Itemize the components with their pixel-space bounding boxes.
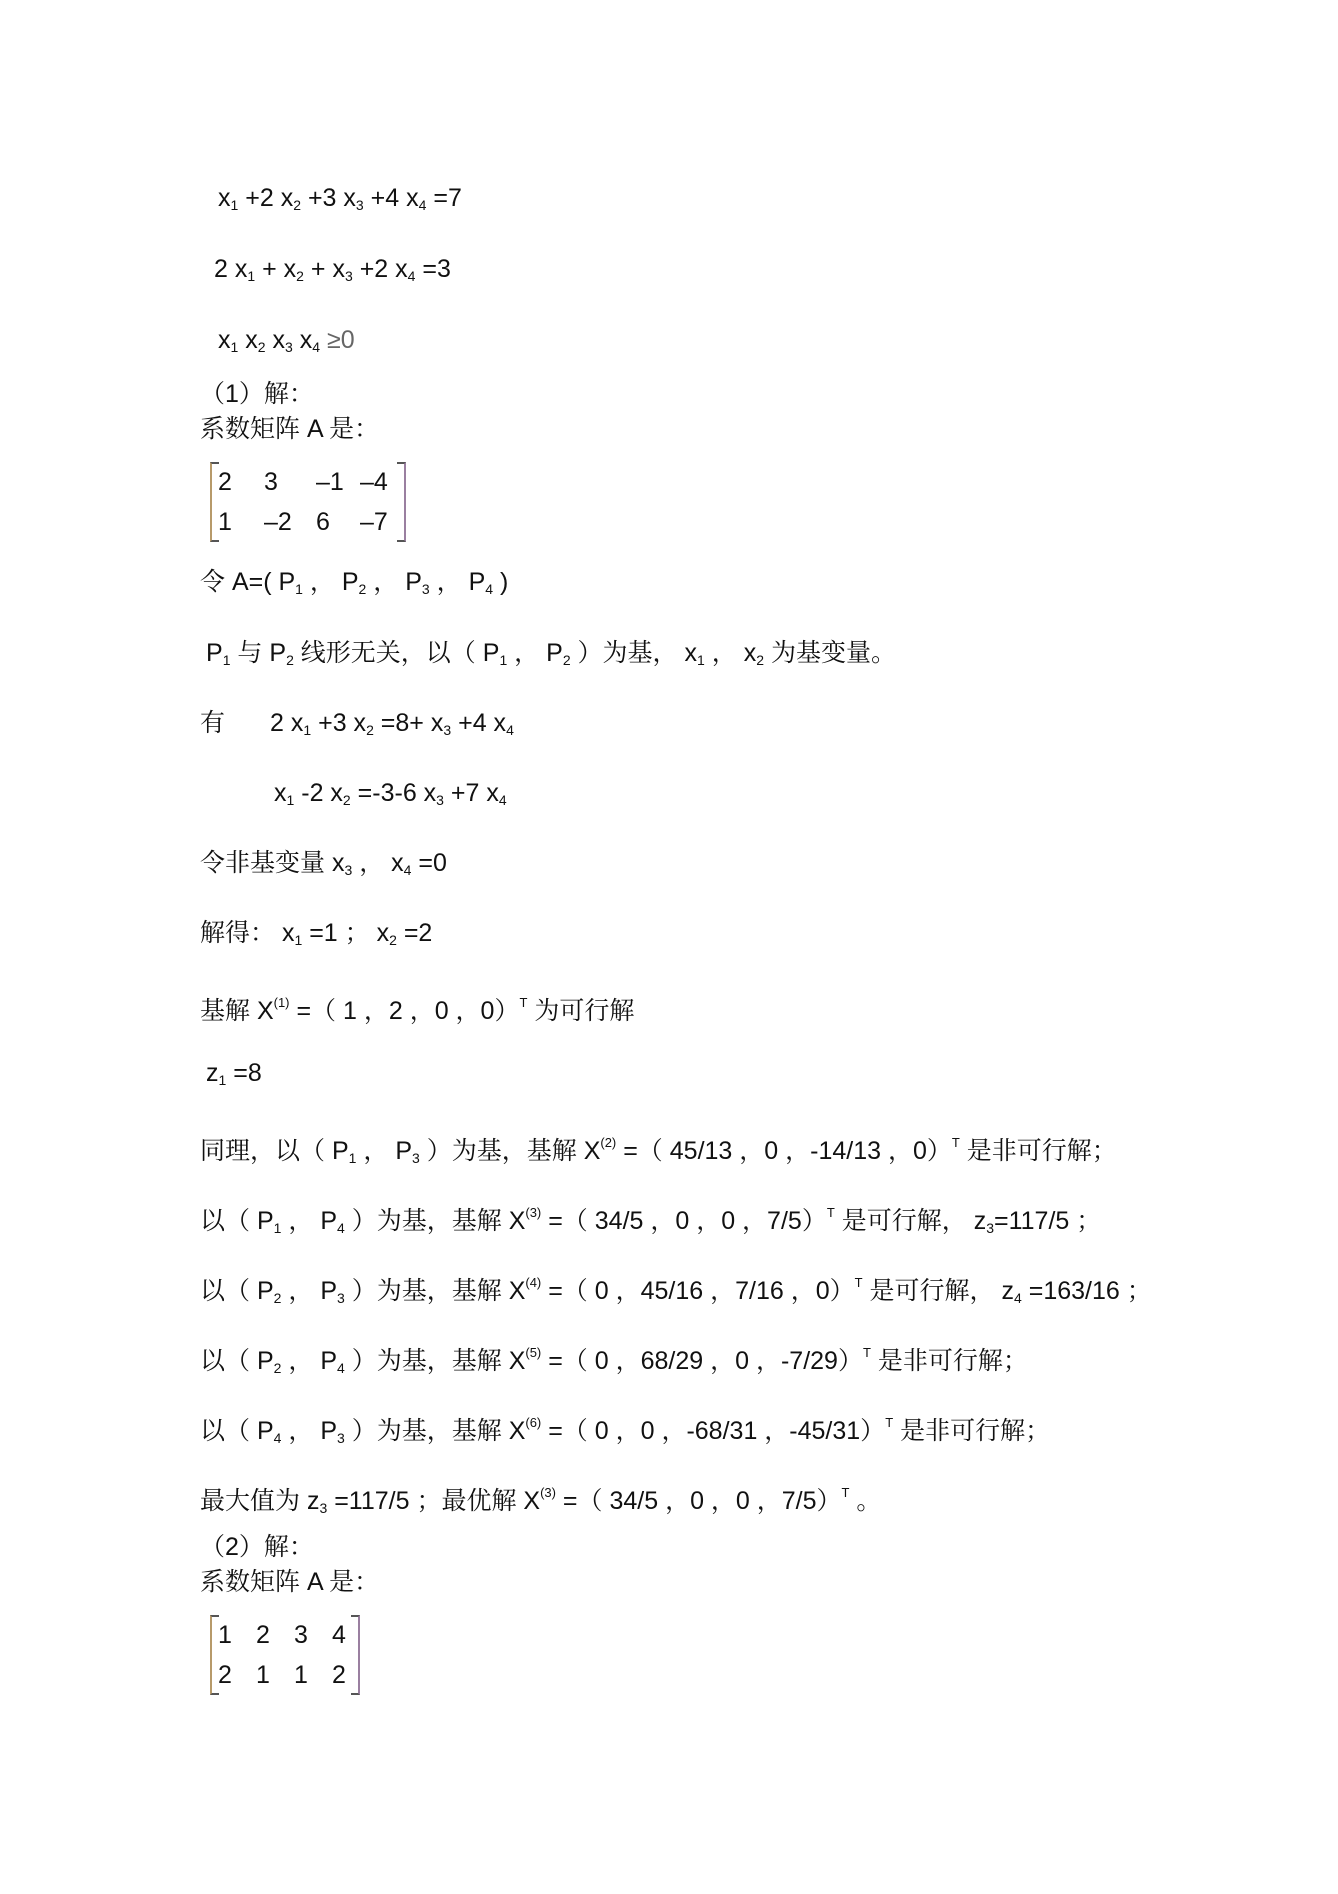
part2-heading: （2）解：: [200, 1532, 314, 1562]
part1-matrix-label: 系数矩阵 A 是：: [200, 414, 379, 444]
have-label: 有: [200, 708, 225, 738]
basic-solution-row: 以（ P2 ， P3 ）为基，基解 X(4) =（ 0 ，45/16 ，7/16…: [200, 1268, 1152, 1313]
matrix-row: 2 3 –1 –4: [218, 462, 388, 502]
nonnegativity-constraint: x1 x2 x3 x4 ≥0: [218, 325, 355, 362]
part2-matrix-label: 系数矩阵 A 是：: [200, 1567, 379, 1597]
constraint-1: x1 +2 x2 +3 x3 +4 x4 =7: [218, 183, 462, 220]
z1-value: z1 =8: [206, 1058, 262, 1095]
right-bracket: [351, 1615, 360, 1695]
constraint-2: 2 x1 + x2 + x3 +2 x4 =3: [214, 254, 451, 291]
optimal-conclusion: 最大值为 z3 =117/5 ；最优解 X(3) =（ 34/5 ，0 ，0 ，…: [200, 1478, 881, 1523]
equation-2: x1 -2 x2 =-3-6 x3 +7 x4: [274, 778, 507, 815]
part1-heading: （1）解：: [200, 379, 314, 409]
equation-1: 2 x1 +3 x2 =8+ x3 +4 x4: [270, 708, 514, 745]
right-bracket: [397, 462, 406, 542]
matrix-row: 2 1 1 2: [218, 1655, 346, 1695]
basic-solution-row: 以（ P2 ， P4 ）为基，基解 X(5) =（ 0 ，68/29 ，0 ，-…: [200, 1338, 1028, 1383]
let-A-statement: 令 A=( P1 ， P2 ， P3 ， P4 ): [200, 567, 508, 604]
coefficient-matrix-2: 1 2 3 4 2 1 1 2: [210, 1615, 360, 1695]
basic-solution-1: 基解 X(1) =（ 1 ，2 ，0 ，0）T 为可行解: [200, 988, 634, 1026]
basis-statement: P1 与 P2 线形无关，以（ P1 ， P2 ）为基， x1 ， x2 为基变…: [206, 638, 896, 675]
solved-statement: 解得： x1 =1 ； x2 =2: [200, 918, 432, 955]
left-bracket: [210, 462, 219, 542]
matrix-row: 1 –2 6 –7: [218, 502, 388, 542]
basic-solution-row: 同理，以（ P1 ， P3 ）为基，基解 X(2) =（ 45/13 ，0 ，-…: [200, 1128, 1117, 1173]
left-bracket: [210, 1615, 219, 1695]
coefficient-matrix-1: 2 3 –1 –4 1 –2 6 –7: [210, 462, 406, 542]
basic-solution-row: 以（ P1 ， P4 ）为基，基解 X(3) =（ 34/5 ，0 ，0 ，7/…: [200, 1198, 1101, 1243]
nonbasic-statement: 令非基变量 x3 ， x4 =0: [200, 848, 447, 885]
matrix-row: 1 2 3 4: [218, 1615, 346, 1655]
basic-solution-row: 以（ P4 ， P3 ）为基，基解 X(6) =（ 0 ，0 ，-68/31 ，…: [200, 1408, 1050, 1453]
